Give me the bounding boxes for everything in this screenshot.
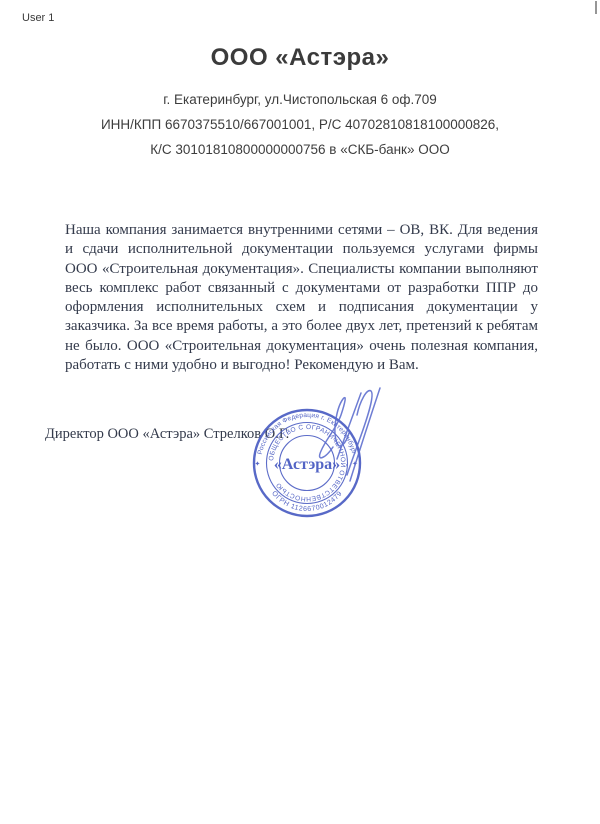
scan-edge-artifact <box>595 1 597 14</box>
user-label: User 1 <box>22 12 54 24</box>
stamp-star-left-icon: ✦ <box>255 460 261 468</box>
company-stamp: Российская Федерация г. Екатеринбург ОГР… <box>237 383 407 535</box>
letterhead: ООО «Астэра» г. Екатеринбург, ул.Чистопо… <box>0 44 600 168</box>
company-title: ООО «Астэра» <box>0 44 600 72</box>
testimonial-paragraph: Наша компания занимается внутренними сет… <box>65 221 538 375</box>
company-requisites-line2: К/С 30101810800000000756 в «СКБ-банк» ОО… <box>0 143 600 157</box>
stamp-center-text: «Астэра» <box>274 456 340 473</box>
company-requisites-line1: ИНН/КПП 6670375510/667001001, Р/С 407028… <box>0 118 600 132</box>
company-address: г. Екатеринбург, ул.Чистопольская 6 оф.7… <box>0 93 600 107</box>
scanned-document-page: User 1 ООО «Астэра» г. Екатеринбург, ул.… <box>0 0 600 824</box>
